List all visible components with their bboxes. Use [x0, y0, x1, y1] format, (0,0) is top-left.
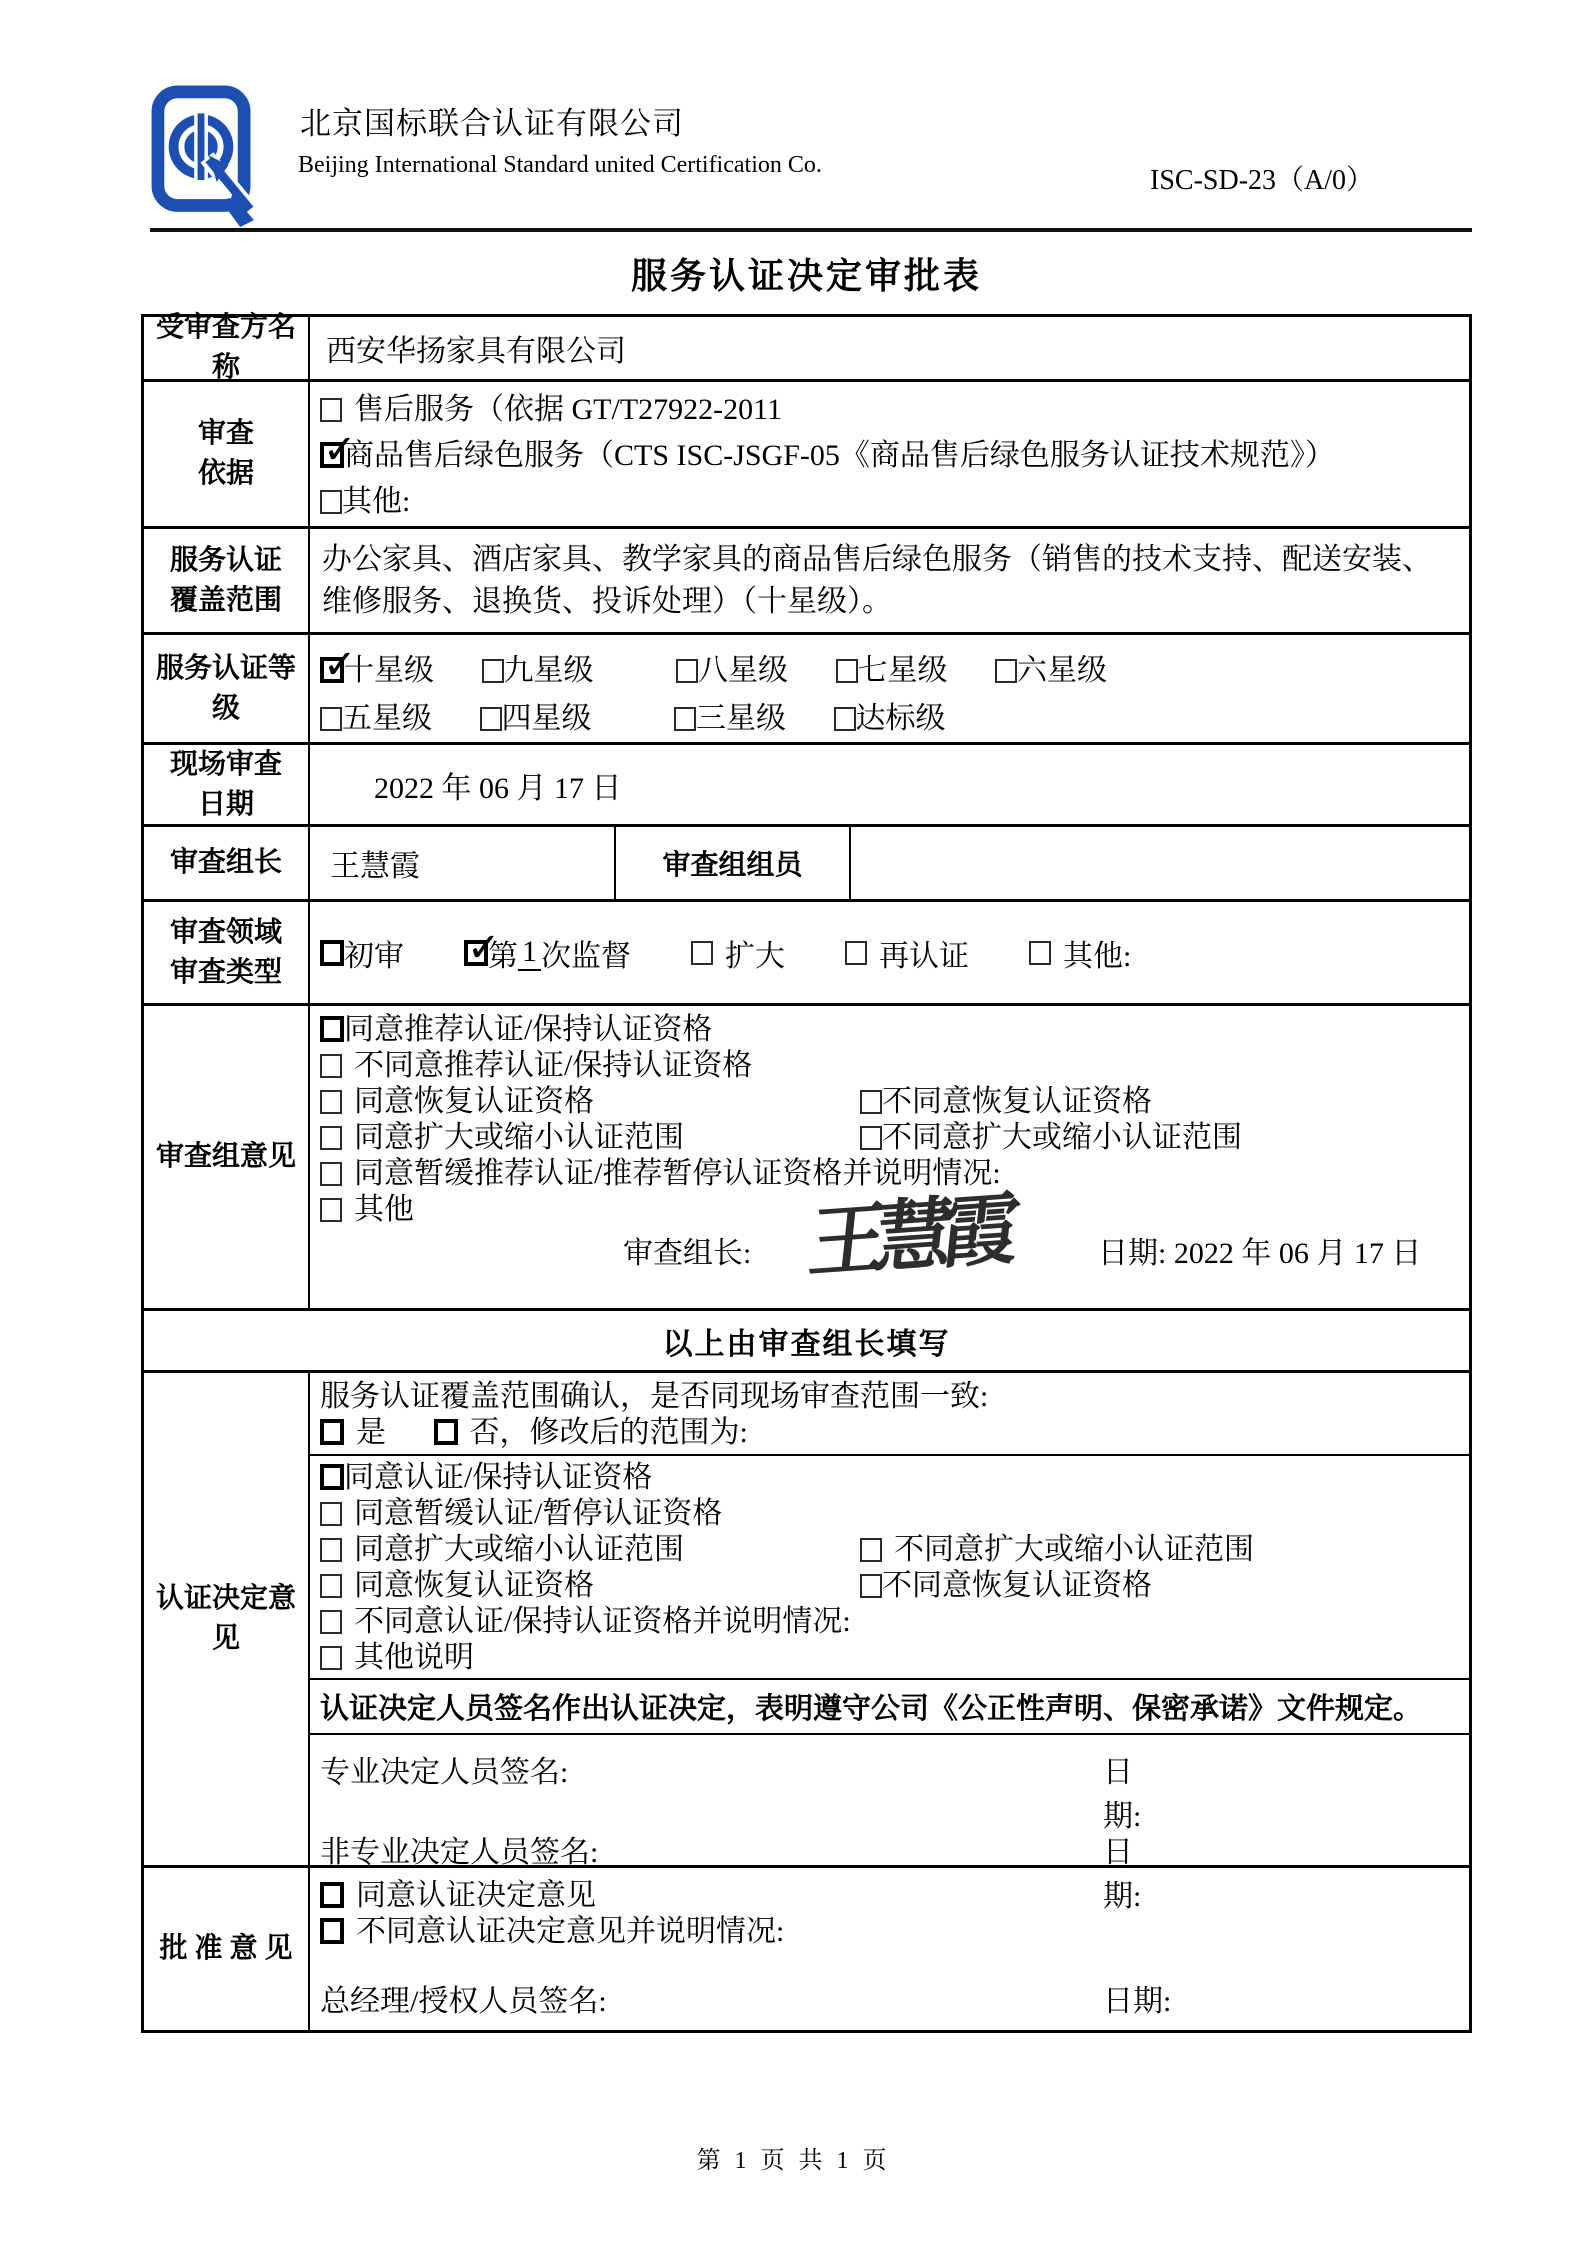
row-middle-bar: 以上由审查组长填写 — [144, 1308, 1469, 1370]
type-surveillance-post: 次监督 — [541, 931, 631, 975]
dec-disagree-restore-checkbox[interactable] — [860, 1574, 882, 1598]
dec-suspend-checkbox[interactable] — [320, 1502, 342, 1526]
grade-standard-text: 达标级 — [856, 702, 946, 735]
type-other-checkbox[interactable] — [1029, 941, 1051, 965]
audit-basis-label: 审查 依据 — [144, 382, 310, 526]
basis-aftersale-text: 售后服务（依据 GT/T27922-2011 — [354, 393, 782, 426]
grade-options-cell: ✓十星级 九星级 八星级 七星级 六星级 五星级 四星级 三星级 达标级 — [310, 635, 1469, 742]
go-agree-recommend-checkbox[interactable] — [320, 1016, 344, 1042]
dec-agree-restore-text: 同意恢复认证资格 — [354, 1569, 594, 1602]
dec-other-checkbox[interactable] — [320, 1646, 342, 1670]
grade-five-star-text: 五星级 — [342, 702, 432, 735]
row-group-opinion: 审查组意见 同意推荐认证/保持认证资格 不同意推荐认证/保持认证资格 同意恢复认… — [144, 1003, 1469, 1308]
gm-sign-label: 总经理/授权人员签名: — [320, 1985, 607, 2018]
company-logo — [150, 85, 254, 232]
basis-aftersale-checkbox[interactable] — [320, 398, 342, 422]
grade-six-star-text: 六星级 — [1017, 654, 1107, 687]
grade-eight-star-text: 八星级 — [698, 654, 788, 687]
go-disagree-recommend-checkbox[interactable] — [320, 1054, 342, 1078]
dec-opt-4: 同意恢复认证资格不同意恢复认证资格 — [320, 1568, 1469, 1604]
type-recert-text: 再认证 — [879, 931, 969, 975]
onsite-date-cell: 2022 年 06 月 17 日 — [310, 745, 1469, 824]
dec-opt-3: 同意扩大或缩小认证范围不同意扩大或缩小认证范围 — [320, 1532, 1469, 1568]
group-opinion-label: 审查组意见 — [144, 1006, 310, 1308]
company-name-cn: 北京国标联合认证有限公司 — [300, 98, 684, 143]
grade-ten-star-checkbox[interactable]: ✓ — [320, 657, 344, 683]
type-expand-checkbox[interactable] — [691, 941, 713, 965]
check-icon: ✓ — [467, 928, 501, 968]
dec-agree-cert-text: 同意认证/保持认证资格 — [344, 1461, 652, 1494]
basis-other-text: 其他: — [342, 485, 410, 518]
go-sign-label: 审查组长: — [623, 1237, 751, 1270]
type-expand-text: 扩大 — [725, 931, 785, 975]
professional-date-label: 日期: — [1103, 1747, 1141, 1835]
type-surveillance-number: 1 — [518, 935, 541, 971]
go-opt-1: 同意推荐认证/保持认证资格 — [320, 1012, 1469, 1048]
grade-six-star-checkbox[interactable] — [995, 659, 1017, 683]
middle-bar-text: 以上由审查组长填写 — [663, 1319, 951, 1363]
row-certification-decision: 认证决定意见 服务认证覆盖范围确认，是否同现场审查范围一致: 是 否，修改后的范… — [144, 1370, 1469, 1865]
dec-disagree-expand-text: 不同意扩大或缩小认证范围 — [894, 1533, 1254, 1566]
dec-suspend-text: 同意暂缓认证/暂停认证资格 — [354, 1497, 722, 1530]
grade-standard-checkbox[interactable] — [834, 707, 856, 731]
scope-value-cell: 办公家具、酒店家具、教学家具的商品售后绿色服务（销售的技术支持、配送安装、维修服… — [310, 529, 1469, 632]
dec-opt-5: 不同意认证/保持认证资格并说明情况: — [320, 1604, 1469, 1640]
type-surveillance-checkbox[interactable]: ✓ — [464, 940, 488, 966]
form-title: 服务认证决定审批表 — [141, 248, 1472, 299]
grade-eight-star-checkbox[interactable] — [676, 659, 698, 683]
type-recert-checkbox[interactable] — [845, 941, 867, 965]
row-certification-scope: 服务认证 覆盖范围 办公家具、酒店家具、教学家具的商品售后绿色服务（销售的技术支… — [144, 526, 1469, 632]
scope-label: 服务认证 覆盖范围 — [144, 529, 310, 632]
go-disagree-restore-text: 不同意恢复认证资格 — [882, 1085, 1152, 1118]
grade-line-2: 五星级 四星级 三星级 达标级 — [320, 695, 1469, 743]
approval-agree-checkbox[interactable] — [320, 1882, 344, 1908]
grade-three-star-text: 三星级 — [696, 702, 786, 735]
approval-label: 批 准 意 见 — [144, 1868, 310, 2030]
team-member-label: 审查组组员 — [616, 827, 851, 899]
dec-disagree-cert-checkbox[interactable] — [320, 1610, 342, 1634]
row-audit-type: 审查领域 审查类型 初审 ✓第 1 次监督 扩大 再认证 其他: — [144, 899, 1469, 1003]
dec-opt-1: 同意认证/保持认证资格 — [320, 1460, 1469, 1496]
basis-other-checkbox[interactable] — [320, 490, 342, 514]
grade-four-star-checkbox[interactable] — [480, 707, 502, 731]
grade-nine-star-text: 九星级 — [504, 654, 594, 687]
nonprofessional-sign-line: 非专业决定人员签名:日期: — [320, 1827, 598, 1871]
go-agree-restore-checkbox[interactable] — [320, 1090, 342, 1114]
grade-three-star-checkbox[interactable] — [674, 707, 696, 731]
row-auditee: 受审查方名称 西安华扬家具有限公司 — [144, 317, 1469, 379]
decision-no-checkbox[interactable] — [434, 1419, 458, 1445]
scope-value: 办公家具、酒店家具、教学家具的商品售后绿色服务（销售的技术支持、配送安装、维修服… — [322, 543, 1432, 618]
professional-sign-label: 专业决定人员签名: — [320, 1756, 568, 1789]
header-rule — [150, 228, 1472, 232]
go-sign-line: 审查组长: — [623, 1228, 751, 1272]
grade-nine-star-checkbox[interactable] — [482, 659, 504, 683]
approval-cell: 同意认证决定意见 不同意认证决定意见并说明情况: 总经理/授权人员签名:日期: — [310, 1868, 1469, 2030]
professional-sign-line: 专业决定人员签名:日期: — [320, 1747, 568, 1791]
approval-opt-1: 同意认证决定意见 — [320, 1878, 1469, 1914]
type-initial-text: 初审 — [344, 931, 404, 975]
grade-label: 服务认证等级 — [144, 635, 310, 742]
decision-confirm-options: 是 否，修改后的范围为: — [320, 1415, 1469, 1451]
basis-option-aftersale: 售后服务（依据 GT/T27922-2011 — [320, 387, 1469, 433]
decision-statement-text: 认证决定人员签名作出认证决定，表明遵守公司《公正性声明、保密承诺》文件规定。 — [320, 1686, 1422, 1727]
decision-label: 认证决定意见 — [144, 1373, 310, 1865]
dec-other-text: 其他说明 — [354, 1641, 474, 1674]
dec-disagree-restore-text: 不同意恢复认证资格 — [882, 1569, 1152, 1602]
team-leader-label: 审查组长 — [144, 827, 310, 899]
dec-agree-restore-checkbox[interactable] — [320, 1574, 342, 1598]
approval-agree-text: 同意认证决定意见 — [356, 1879, 596, 1912]
dec-opt-2: 同意暂缓认证/暂停认证资格 — [320, 1496, 1469, 1532]
nonprofessional-sign-label: 非专业决定人员签名: — [320, 1836, 598, 1869]
decision-confirm-title: 服务认证覆盖范围确认，是否同现场审查范围一致: — [320, 1379, 1469, 1415]
auditee-label: 受审查方名称 — [144, 317, 310, 379]
grade-four-star-text: 四星级 — [502, 702, 592, 735]
logo-graphic — [150, 85, 254, 227]
basis-option-green-service: ✓商品售后绿色服务（CTS ISC-JSGF-05《商品售后绿色服务认证技术规范… — [320, 433, 1469, 479]
check-icon: ✓ — [323, 430, 357, 470]
auditee-value: 西安华扬家具有限公司 — [326, 326, 626, 370]
page-number: 第 1 页 共 1 页 — [0, 2140, 1587, 2175]
grade-ten-star-text: 十星级 — [344, 654, 434, 687]
grade-line-1: ✓十星级 九星级 八星级 七星级 六星级 — [320, 647, 1469, 695]
go-opt-4: 同意扩大或缩小认证范围不同意扩大或缩小认证范围 — [320, 1120, 1469, 1156]
grade-seven-star-text: 七星级 — [858, 654, 948, 687]
approval-disagree-text: 不同意认证决定意见并说明情况: — [356, 1915, 784, 1948]
grade-seven-star-checkbox[interactable] — [836, 659, 858, 683]
approval-disagree-checkbox[interactable] — [320, 1918, 344, 1944]
audit-type-cell: 初审 ✓第 1 次监督 扩大 再认证 其他: — [310, 902, 1469, 1003]
gm-date-label: 日期: — [1103, 1976, 1171, 2020]
grade-five-star-checkbox[interactable] — [320, 707, 342, 731]
go-other-checkbox[interactable] — [320, 1198, 342, 1222]
go-agree-expand-text: 同意扩大或缩小认证范围 — [354, 1121, 684, 1154]
approval-opt-2: 不同意认证决定意见并说明情况: — [320, 1914, 1469, 1950]
go-disagree-restore-checkbox[interactable] — [860, 1090, 882, 1114]
check-icon: ✓ — [323, 645, 357, 685]
row-certification-grade: 服务认证等级 ✓十星级 九星级 八星级 七星级 六星级 五星级 四星级 三星级 … — [144, 632, 1469, 742]
decision-statement: 认证决定人员签名作出认证决定，表明遵守公司《公正性声明、保密承诺》文件规定。 — [310, 1678, 1469, 1733]
decision-scope-confirm: 服务认证覆盖范围确认，是否同现场审查范围一致: 是 否，修改后的范围为: — [310, 1373, 1469, 1454]
go-suspend-checkbox[interactable] — [320, 1162, 342, 1186]
audit-type-label: 审查领域 审查类型 — [144, 902, 310, 1003]
dec-disagree-expand-checkbox[interactable] — [860, 1538, 882, 1562]
go-agree-recommend-text: 同意推荐认证/保持认证资格 — [344, 1013, 712, 1046]
type-other-text: 其他: — [1063, 931, 1131, 975]
onsite-date-value: 2022 年 06 月 17 日 — [374, 763, 622, 807]
team-leader-value-cell: 王慧霞 — [310, 827, 616, 899]
basis-option-other: 其他: — [320, 479, 1469, 525]
go-disagree-recommend-text: 不同意推荐认证/保持认证资格 — [354, 1049, 752, 1082]
go-agree-expand-checkbox[interactable] — [320, 1126, 342, 1150]
dec-agree-cert-checkbox[interactable] — [320, 1464, 344, 1490]
gm-sign-line: 总经理/授权人员签名:日期: — [320, 1976, 1479, 2020]
group-opinion-cell: 同意推荐认证/保持认证资格 不同意推荐认证/保持认证资格 同意恢复认证资格不同意… — [310, 1006, 1469, 1308]
approval-form-table: 受审查方名称 西安华扬家具有限公司 审查 依据 售后服务（依据 GT/T2792… — [141, 314, 1472, 2033]
document-page: 北京国标联合认证有限公司 Beijing International Stand… — [0, 0, 1587, 2245]
decision-options: 同意认证/保持认证资格 同意暂缓认证/暂停认证资格 同意扩大或缩小认证范围不同意… — [310, 1454, 1469, 1678]
decision-yes-text: 是 — [356, 1416, 386, 1449]
decision-no-text: 否，修改后的范围为: — [470, 1416, 748, 1449]
go-date-label: 日期: — [1098, 1237, 1166, 1270]
dec-agree-expand-text: 同意扩大或缩小认证范围 — [354, 1533, 684, 1566]
dec-agree-expand-checkbox[interactable] — [320, 1538, 342, 1562]
go-date-line: 日期: 2022 年 06 月 17 日 — [1098, 1228, 1421, 1272]
auditee-value-cell: 西安华扬家具有限公司 — [310, 317, 1469, 379]
decision-signatures: 专业决定人员签名:日期: 非专业决定人员签名:日期: — [310, 1733, 1469, 1868]
row-audit-basis: 审查 依据 售后服务（依据 GT/T27922-2011 ✓商品售后绿色服务（C… — [144, 379, 1469, 526]
go-disagree-expand-text: 不同意扩大或缩小认证范围 — [882, 1121, 1242, 1154]
company-name-en: Beijing International Standard united Ce… — [298, 152, 822, 179]
row-audit-team: 审查组长 王慧霞 审查组组员 — [144, 824, 1469, 899]
go-opt-2: 不同意推荐认证/保持认证资格 — [320, 1048, 1469, 1084]
onsite-date-label: 现场审查 日期 — [144, 745, 310, 824]
go-date-value: 2022 年 06 月 17 日 — [1174, 1237, 1422, 1270]
type-initial-checkbox[interactable] — [320, 940, 344, 966]
row-approval-opinion: 批 准 意 见 同意认证决定意见 不同意认证决定意见并说明情况: 总经理/授权人… — [144, 1865, 1469, 2030]
team-leader-value: 王慧霞 — [330, 841, 420, 885]
go-other-text: 其他 — [354, 1193, 414, 1226]
decision-cell: 服务认证覆盖范围确认，是否同现场审查范围一致: 是 否，修改后的范围为: 同意认… — [310, 1373, 1469, 1865]
dec-disagree-cert-text: 不同意认证/保持认证资格并说明情况: — [354, 1605, 851, 1638]
go-agree-restore-text: 同意恢复认证资格 — [354, 1085, 594, 1118]
leader-signature-handwriting: 王慧霞 — [804, 1167, 1013, 1294]
audit-basis-cell: 售后服务（依据 GT/T27922-2011 ✓商品售后绿色服务（CTS ISC… — [310, 382, 1469, 526]
basis-green-service-checkbox[interactable]: ✓ — [320, 442, 344, 468]
decision-yes-checkbox[interactable] — [320, 1419, 344, 1445]
row-onsite-audit-date: 现场审查 日期 2022 年 06 月 17 日 — [144, 742, 1469, 824]
go-opt-3: 同意恢复认证资格不同意恢复认证资格 — [320, 1084, 1469, 1120]
go-disagree-expand-checkbox[interactable] — [860, 1126, 882, 1150]
basis-green-service-text: 商品售后绿色服务（CTS ISC-JSGF-05《商品售后绿色服务认证技术规范》… — [344, 439, 1335, 472]
document-code: ISC-SD-23（A/0） — [1150, 158, 1374, 198]
team-member-value-cell[interactable] — [851, 827, 1469, 899]
dec-opt-6: 其他说明 — [320, 1640, 1469, 1676]
